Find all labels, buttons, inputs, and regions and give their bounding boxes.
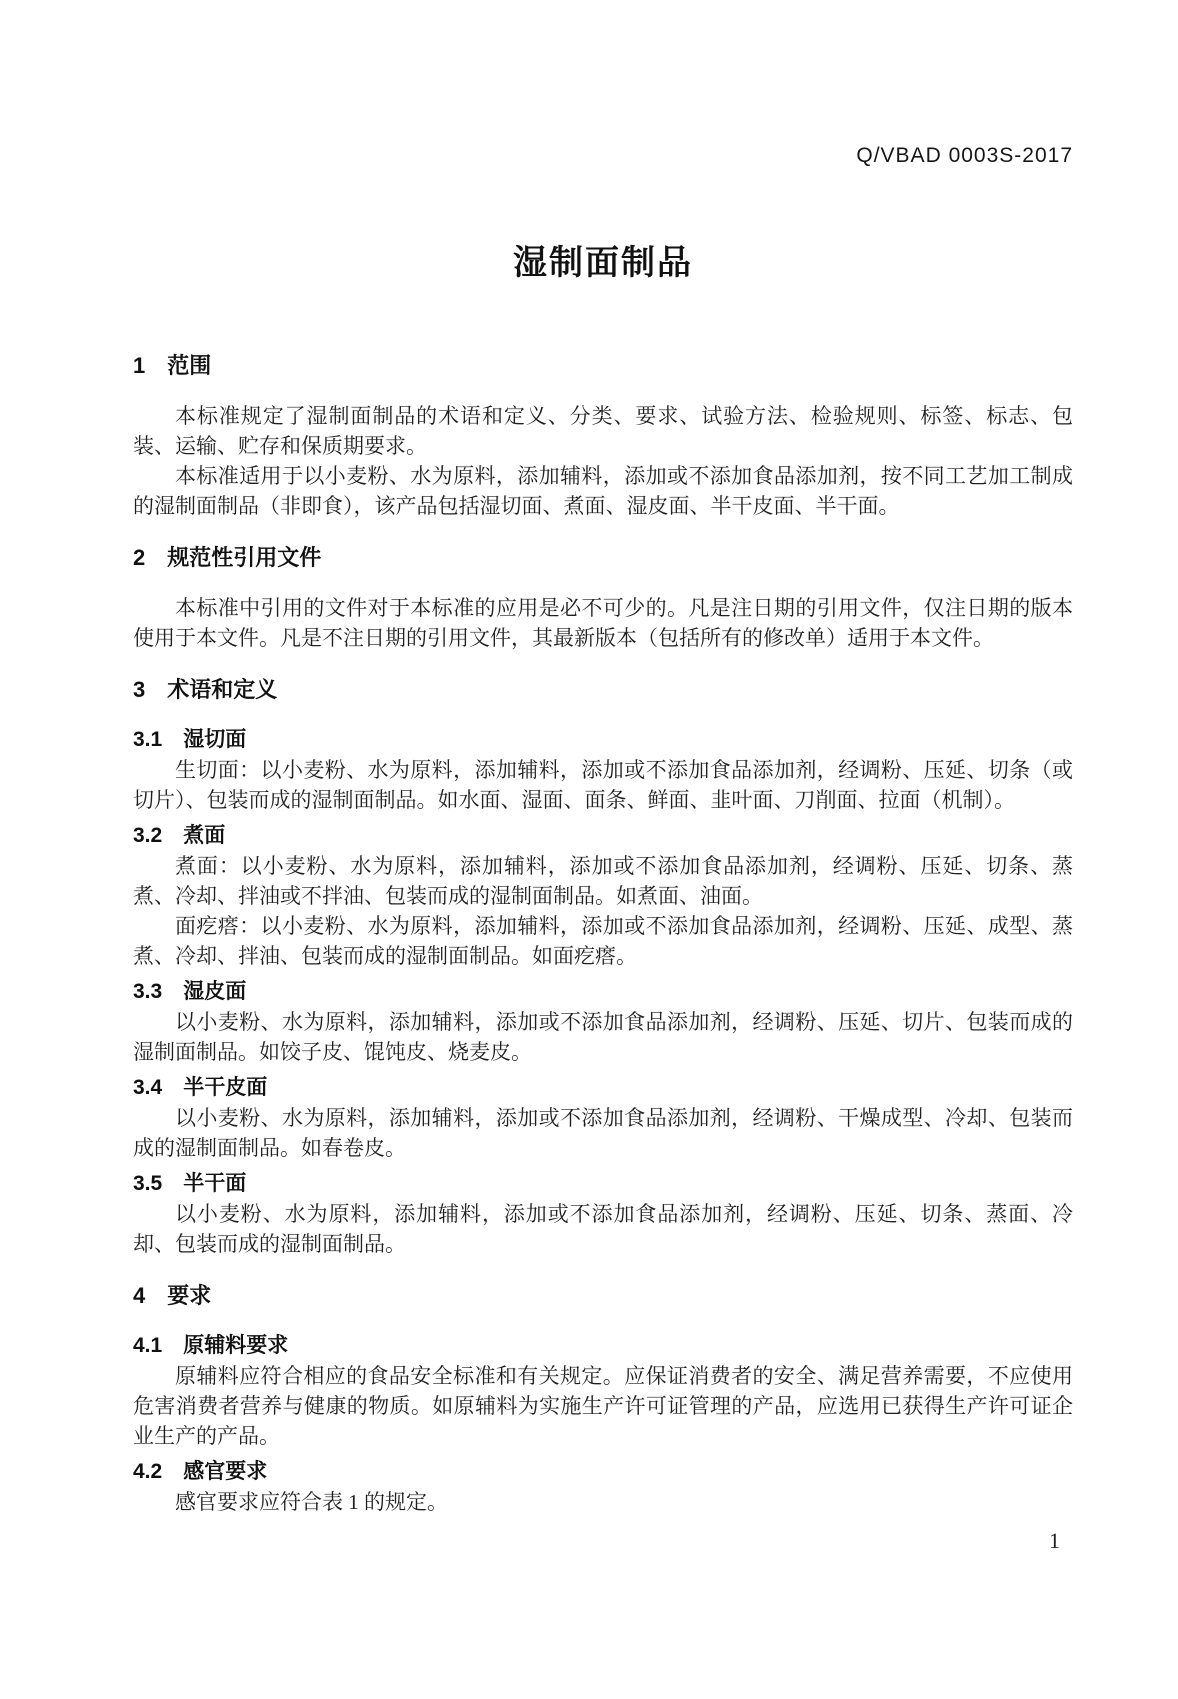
standard-code: Q/VBAD 0003S-2017 [856,144,1073,167]
document-header: Q/VBAD 0003S-2017 [133,143,1073,169]
subsection-heading: 3.1 湿切面 [133,725,1073,755]
document-body: 1 范围本标准规定了湿制面制品的术语和定义、分类、要求、试验方法、检验规则、标签… [133,351,1073,1517]
document-title: 湿制面制品 [133,241,1073,285]
section-heading: 4 要求 [133,1281,1073,1311]
subsection-heading: 4.1 原辅料要求 [133,1331,1073,1361]
subsection-heading: 3.5 半干面 [133,1169,1073,1199]
subsection-heading: 4.2 感官要求 [133,1457,1073,1487]
paragraph: 煮面：以小麦粉、水为原料，添加辅料，添加或不添加食品添加剂，经调粉、压延、切条、… [133,851,1073,911]
paragraph: 以小麦粉、水为原料，添加辅料，添加或不添加食品添加剂，经调粉、压延、切条、蒸面、… [133,1199,1073,1259]
paragraph: 面疙瘩：以小麦粉、水为原料，添加辅料，添加或不添加食品添加剂，经调粉、压延、成型… [133,911,1073,971]
paragraph: 本标准适用于以小麦粉、水为原料，添加辅料，添加或不添加食品添加剂，按不同工艺加工… [133,461,1073,521]
paragraph: 本标准规定了湿制面制品的术语和定义、分类、要求、试验方法、检验规则、标签、标志、… [133,401,1073,461]
paragraph: 本标准中引用的文件对于本标准的应用是必不可少的。凡是注日期的引用文件，仅注日期的… [133,593,1073,653]
paragraph: 以小麦粉、水为原料，添加辅料，添加或不添加食品添加剂，经调粉、压延、切片、包装而… [133,1007,1073,1067]
section-heading: 1 范围 [133,351,1073,381]
paragraph: 生切面：以小麦粉、水为原料，添加辅料，添加或不添加食品添加剂，经调粉、压延、切条… [133,755,1073,815]
document-page: Q/VBAD 0003S-2017 湿制面制品 1 范围本标准规定了湿制面制品的… [0,0,1178,1699]
section-heading: 2 规范性引用文件 [133,543,1073,573]
subsection-heading: 3.4 半干皮面 [133,1073,1073,1103]
page-number: 1 [1049,1528,1060,1554]
paragraph: 原辅料应符合相应的食品安全标准和有关规定。应保证消费者的安全、满足营养需要，不应… [133,1361,1073,1451]
subsection-heading: 3.2 煮面 [133,821,1073,851]
paragraph: 以小麦粉、水为原料，添加辅料，添加或不添加食品添加剂，经调粉、干燥成型、冷却、包… [133,1103,1073,1163]
subsection-heading: 3.3 湿皮面 [133,977,1073,1007]
paragraph: 感官要求应符合表 1 的规定。 [133,1487,1073,1517]
section-heading: 3 术语和定义 [133,675,1073,705]
